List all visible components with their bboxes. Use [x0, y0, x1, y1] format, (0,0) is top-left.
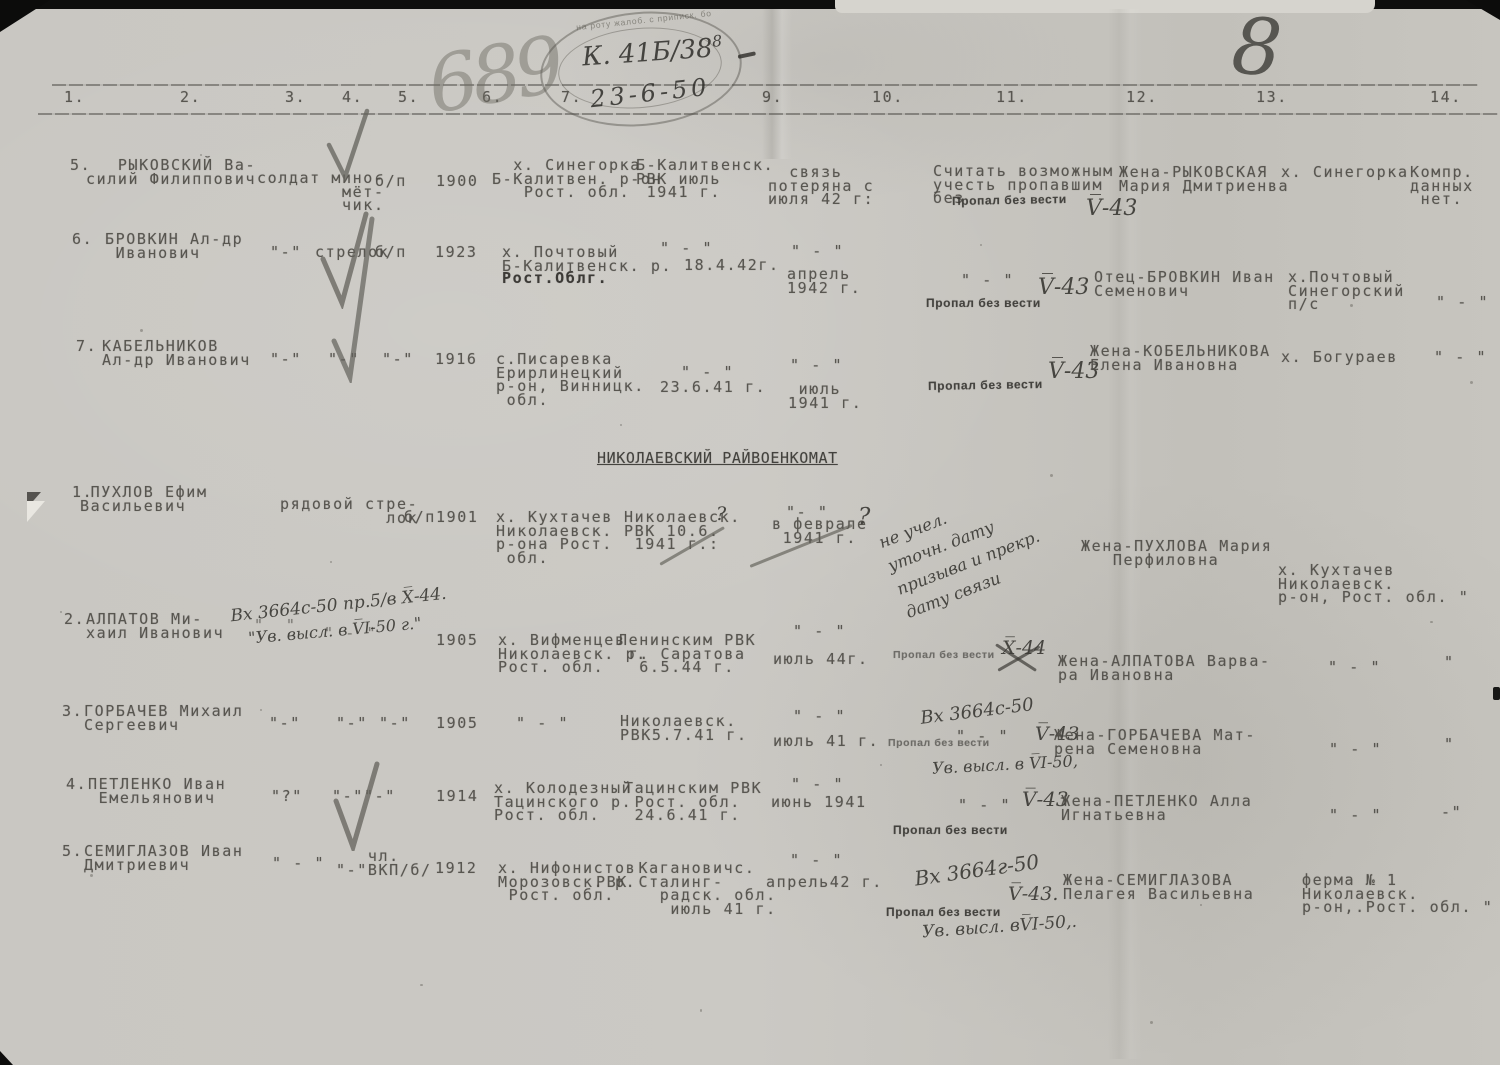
entry-drafted-by: Кагановичс. РВК Сталинг- радск. обл. июл… [596, 862, 777, 916]
ditto-mark: " [1444, 656, 1455, 670]
paper-speck [1430, 621, 1433, 623]
ditto-mark: " - " [1436, 296, 1489, 310]
entry-birth-year: 1900 [436, 175, 479, 189]
entry-name: БРОВКИН Ал-др Иванович [105, 233, 243, 260]
entry-birth-year: 1916 [435, 353, 478, 367]
entry-contact-lost: июнь 1941 [771, 796, 867, 810]
ditto-mark: " - " [660, 242, 713, 256]
missing-in-action-stamp: Пропал без вести [886, 905, 1001, 919]
entry-family: Жена-АЛПАТОВА Варва- ра Ивановна [1058, 655, 1271, 682]
scan-corner-bottom-left [0, 1051, 13, 1065]
entry-contact-lost: июль 44г. [773, 653, 869, 667]
edge-smudge-right [1493, 687, 1500, 700]
ditto-mark: " - " [272, 857, 325, 871]
entry-birth-year: 1905 [436, 717, 479, 731]
entry-family: Жена-КОБЕЛЬНИКОВА Елена Ивановна [1090, 345, 1271, 372]
column-number: 5. [398, 91, 419, 105]
entry-address: х.Почтовый Синегорский п/с [1288, 271, 1405, 312]
entry-party: б/п [375, 175, 407, 189]
column-number: 9. [762, 91, 783, 105]
missing-in-action-stamp: Пропал без вести [893, 823, 1008, 837]
ditto-mark: " - " [790, 359, 843, 373]
missing-in-action-stamp: Пропал без вести [952, 192, 1067, 208]
entry-number: 6. [72, 233, 93, 247]
handwritten-mark: V̅-43. [1008, 883, 1058, 905]
column-number: 14. [1430, 91, 1462, 105]
scan-corner-top-left [0, 0, 50, 32]
paper-speck [60, 611, 62, 613]
checkmark-icon [331, 759, 381, 851]
ditto-mark: " - " [1328, 661, 1381, 675]
entry-address: х. Богураев [1281, 351, 1398, 365]
ditto-mark: " - " [1329, 743, 1382, 757]
column-number: 12. [1126, 91, 1158, 105]
entry-family: Жена-ПУХЛОВА Мария Перфиловна [1081, 540, 1272, 567]
entry-birth-year: 1901 [436, 511, 479, 525]
ditto-mark: -" [1441, 806, 1462, 820]
scanned-document-page: 1. 2. 3. 4. 5. 6. 7. 9. 10. 11. 12. 13. … [0, 9, 1500, 1065]
entry-family: Жена-СЕМИГЛАЗОВА Пелагея Васильевна [1063, 874, 1254, 901]
paper-speck [1470, 381, 1473, 384]
missing-in-action-stamp: Пропал без вести [928, 377, 1043, 393]
entry-number: 4. [66, 778, 87, 792]
torn-edge-strip [835, 0, 1375, 13]
entry-party: б/п [375, 246, 407, 260]
column-number: 3. [285, 91, 306, 105]
checkmark-icon [325, 107, 371, 181]
entry-number: 2. [64, 613, 85, 627]
entry-address: ферма № 1 Николаевск. р-он,.Рост. обл. " [1302, 874, 1493, 915]
paper-speck [140, 329, 143, 332]
entry-family: Жена-ПЕТЛЕНКО Алла Игнатьевна [1061, 795, 1252, 822]
ditto-mark: " - " [961, 274, 1014, 288]
ditto-mark: " - " [793, 710, 846, 724]
checkmark-icon [330, 213, 376, 383]
entry-address: х. Кухтачев Николаевск. р-он, Рост. обл.… [1278, 564, 1469, 605]
entry-birthplace-region: Рост.Облг. [502, 272, 608, 286]
handwritten-mark: V̅-43 [1038, 275, 1089, 300]
entry-drafted-by: Б-Калитвенск. РВК июль 1941 г. [636, 159, 774, 200]
ditto-mark: "?" [271, 790, 303, 804]
ditto-mark: " - " [516, 717, 569, 731]
entry-family: Жена-ГОРБАЧЕВА Мат- рена Семеновна [1054, 729, 1256, 756]
entry-birth-year: 1912 [435, 862, 478, 876]
entry-birthplace: х. Колодезный Тацинского р. Рост. обл. [494, 782, 632, 823]
entry-birth-year: 1914 [436, 790, 479, 804]
ditto-mark: "-" [336, 717, 368, 731]
entry-name: АЛПАТОВ Ми- хаил Иванович [86, 613, 224, 640]
missing-in-action-stamp: Пропал без вести [888, 737, 990, 749]
entry-contact-lost: июль 1941 г. [788, 383, 862, 410]
ditto-mark: "-" [270, 246, 302, 260]
ditto-mark: " - " [791, 778, 844, 792]
entry-drafted-by: Николаевск. РВК5.7.41 г. [620, 715, 748, 742]
entry-birth-year: 1905 [436, 634, 479, 648]
paper-speck [1150, 1021, 1153, 1024]
entry-contact-lost: связь потеряна с июля 42 г: [768, 166, 874, 207]
entry-name: ГОРБАЧЕВ Михаил Сергеевич [84, 705, 243, 732]
column-number: 10. [872, 91, 904, 105]
entry-birthplace: с.Писаревка Ерирлинецкий р-он, Винницк. … [496, 353, 645, 407]
entry-birth-year: 1923 [435, 246, 478, 260]
handwritten-incoming-number: Вх 3664с-50 [919, 694, 1035, 729]
paper-speck [420, 984, 423, 986]
handwritten-question-mark: ? [858, 504, 870, 530]
ditto-mark: " - " [790, 854, 843, 868]
entry-number: 5. [62, 845, 83, 859]
ditto-mark: " - " [1329, 809, 1382, 823]
entry-drafted-by: Тацинским РВК Рост. обл. 24.6.41 г. [624, 782, 762, 823]
ditto-mark: " - " [1434, 351, 1487, 365]
handwritten-page-number: 8 [1229, 1, 1285, 94]
header-rule-bottom [38, 113, 1498, 115]
missing-in-action-stamp: Пропал без вести [893, 649, 995, 661]
paper-speck [260, 709, 262, 711]
entry-party: чл. "-"ВКП/б/ [336, 850, 432, 877]
ditto-mark: "-" [379, 717, 411, 731]
paper-speck [880, 764, 882, 766]
paper-speck [1200, 904, 1202, 906]
section-title: НИКОЛАЕВСКИЙ РАЙВОЕНКОМАТ [597, 451, 838, 466]
paper-speck [1050, 474, 1053, 477]
paper-speck [620, 424, 622, 426]
entry-number: 7. [76, 340, 97, 354]
entry-drafted-date: 18.4.42г. [684, 259, 780, 273]
column-number: 2. [180, 91, 201, 105]
entry-name: КАБЕЛЬНИКОВ Ал-др Иванович [102, 340, 251, 367]
entry-contact-lost: апрель 1942 г. [787, 268, 861, 295]
entry-family: Жена-РЫКОВСКАЯ Мария Дмитриенва [1119, 166, 1289, 193]
entry-address: х. Синегорка [1281, 166, 1409, 180]
handwritten-note: не учел. уточн. дату призыва и прекр. да… [875, 477, 1052, 625]
entry-contact-lost: апрель42 г. [766, 876, 883, 890]
ditto-mark: " - " [793, 625, 846, 639]
handwritten-mark: V̅-43 [1086, 196, 1137, 221]
missing-in-action-stamp: Пропал без вести [926, 296, 1041, 310]
entry-birthplace: х. Кухтачев Николаевск. р-она Рост. обл. [496, 511, 613, 565]
pen-dash [738, 51, 756, 59]
column-number: 1. [64, 91, 85, 105]
entry-compromising-data: Компр. данных нет. [1410, 166, 1474, 207]
stamp-code-superscript: 8 [711, 32, 722, 51]
ditto-mark: " - " [958, 799, 1011, 813]
entry-contact-lost: июль 41 г. [773, 735, 879, 749]
column-number: 4. [342, 91, 363, 105]
ditto-mark: "-" [269, 717, 301, 731]
entry-contact-lost: в феврале 1941 г. [772, 518, 868, 545]
entry-name: ПУХЛОВ Ефим Васильевич [80, 486, 208, 513]
entry-name: РЫКОВСКИЙ Ва- силий Филиппович [86, 159, 256, 186]
ditto-mark: " [1444, 738, 1455, 752]
entry-party: б/п [404, 511, 436, 525]
paper-speck [90, 874, 93, 877]
paper-speck [980, 244, 982, 246]
entry-drafted-by: Ленинским РВК г. Саратова 6.5.44 г. [618, 634, 756, 675]
ditto-mark: " - " [791, 245, 844, 259]
entry-name: ПЕТЛЕНКО Иван Емельянович [88, 778, 226, 805]
entry-number: 3. [62, 705, 83, 719]
paper-speck [330, 561, 332, 563]
scan-corner-top-right [1466, 0, 1500, 20]
ditto-mark: "-" [382, 353, 414, 367]
handwritten-question-mark: ? [716, 503, 726, 525]
column-number: 11. [996, 91, 1028, 105]
ditto-mark: "-" [270, 353, 302, 367]
entry-rank: рядовой стре- лок [280, 498, 418, 525]
entry-family: Отец-БРОВКИН Иван Семенович [1094, 271, 1275, 298]
paper-notch-white [27, 501, 45, 522]
entry-name: СЕМИГЛАЗОВ Иван Дмитриевич [84, 845, 243, 872]
entry-drafted-date: 23.6.41 г. [660, 381, 766, 395]
paper-speck [700, 1009, 702, 1012]
